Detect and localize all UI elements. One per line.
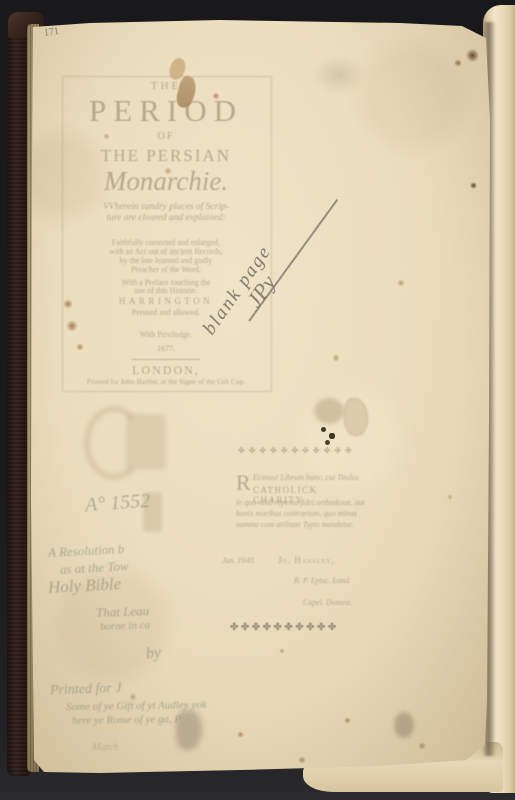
stain-blob-tan bbox=[314, 398, 344, 424]
ink-fleck-1 bbox=[321, 427, 326, 432]
foxing-spot bbox=[63, 299, 73, 309]
ghost-note-2: with an Act out of ancient Records, bbox=[62, 247, 270, 256]
foxing-spot bbox=[237, 731, 244, 738]
rect-stain-1 bbox=[126, 414, 166, 470]
book-photograph: 171 THE PERIOD OF THE PERSIAN Monarchie.… bbox=[0, 0, 515, 800]
ghost-title-period: PERIOD bbox=[62, 93, 270, 129]
rect-stain-2 bbox=[143, 492, 162, 532]
folio-number: 171 bbox=[43, 26, 59, 39]
ghost-handwriting-year: A° 1552 bbox=[84, 490, 151, 517]
foxing-spot bbox=[164, 167, 172, 175]
imprimatur-drop-cap: R bbox=[236, 470, 251, 496]
imprimatur-line-4: bonis moribus contrarium, quo minus bbox=[236, 509, 357, 518]
foxing-spot bbox=[103, 133, 110, 140]
ghost-handwriting-10: March bbox=[92, 742, 118, 753]
foxing-spot bbox=[466, 49, 479, 62]
foxing-spot bbox=[447, 494, 453, 500]
foxing-spot bbox=[470, 182, 477, 189]
imprimatur-line-1: Ecensui Librum hunc, cui Titulus bbox=[253, 473, 359, 482]
ghost-note-1: Faithfully corrected and enlarged, bbox=[62, 238, 270, 247]
ghost-rule bbox=[132, 359, 200, 360]
foxing-spot bbox=[76, 343, 84, 351]
ghost-handwriting-9: here ye Rome of ye ga, P bbox=[72, 713, 181, 727]
imprimatur-ornament-row: ✤ ✤ ✤ ✤ ✤ ✤ ✤ ✤ ✤ ✤ ✤ bbox=[238, 446, 353, 455]
foxing-spot bbox=[332, 354, 340, 362]
ghost-date: 1677. bbox=[62, 344, 270, 353]
ghost-handwriting-7: Printed for J bbox=[50, 681, 122, 699]
ghost-subtitle-1: VVherein sundry places of Scrip- bbox=[62, 202, 270, 212]
ghost-handwriting-4: That Leau bbox=[96, 603, 150, 621]
worn-patch bbox=[344, 398, 368, 436]
showthrough-imprimatur: ✤ ✤ ✤ ✤ ✤ ✤ ✤ ✤ ✤ ✤ ✤ R Ecensui Librum h… bbox=[220, 444, 370, 644]
showthrough-title-page: THE PERIOD OF THE PERSIAN Monarchie. VVh… bbox=[62, 74, 270, 392]
foxing-spot bbox=[344, 717, 351, 724]
ghost-handwriting-6: by bbox=[145, 644, 162, 663]
imprimatur-date: Jun. 1640. bbox=[222, 556, 256, 565]
ghost-title-of: OF bbox=[62, 131, 270, 142]
foxing-spot bbox=[66, 320, 78, 332]
imprimatur-name: Jo. Hansley, bbox=[278, 555, 335, 565]
ink-fleck-2 bbox=[329, 433, 335, 439]
imprimatur-title-1: R. P. Episc. Lond. bbox=[294, 576, 351, 585]
ghost-title-persian: THE PERSIAN bbox=[62, 146, 270, 166]
ghost-ornament-blob bbox=[312, 56, 366, 94]
foxing-spot bbox=[418, 742, 426, 750]
ghost-handwriting-5: borne in ca bbox=[100, 619, 150, 633]
imprimatur-title-2: Capel. Domest. bbox=[303, 598, 353, 607]
foxing-spot bbox=[397, 279, 405, 287]
foxing-spot bbox=[279, 648, 285, 654]
ghost-handwriting-3: Holy Bible bbox=[48, 574, 122, 598]
foxing-spot bbox=[212, 92, 220, 100]
ink-fleck-3 bbox=[325, 440, 330, 445]
imprimatur-ornament-row-2: ✤✤✤✤✤✤✤✤✤✤ bbox=[230, 622, 339, 633]
imprimatur-line-5: summa cum utilitate Typis mandetur. bbox=[236, 520, 353, 529]
ghost-subtitle-2: ture are cleared and explained: bbox=[62, 213, 270, 223]
foxing-spot bbox=[454, 59, 462, 67]
foxing-spot bbox=[298, 756, 306, 764]
ghost-note-3: by the late learned and godly bbox=[62, 256, 270, 265]
ghost-note-8: With Priviledge. bbox=[62, 330, 270, 339]
imprimatur-line-3: in quo nihil reperio fidei orthodoxæ, au… bbox=[236, 498, 365, 507]
ghost-note-7: Perused and allowed. bbox=[62, 308, 270, 317]
ghost-imprint: Printed for Iohn Bartlet, at the Signe o… bbox=[62, 377, 270, 386]
ghost-london: LONDON, bbox=[62, 363, 270, 378]
smudge-bottom-right bbox=[394, 712, 414, 738]
ghost-title-the: THE bbox=[62, 80, 270, 92]
foxing-spot bbox=[129, 693, 137, 701]
